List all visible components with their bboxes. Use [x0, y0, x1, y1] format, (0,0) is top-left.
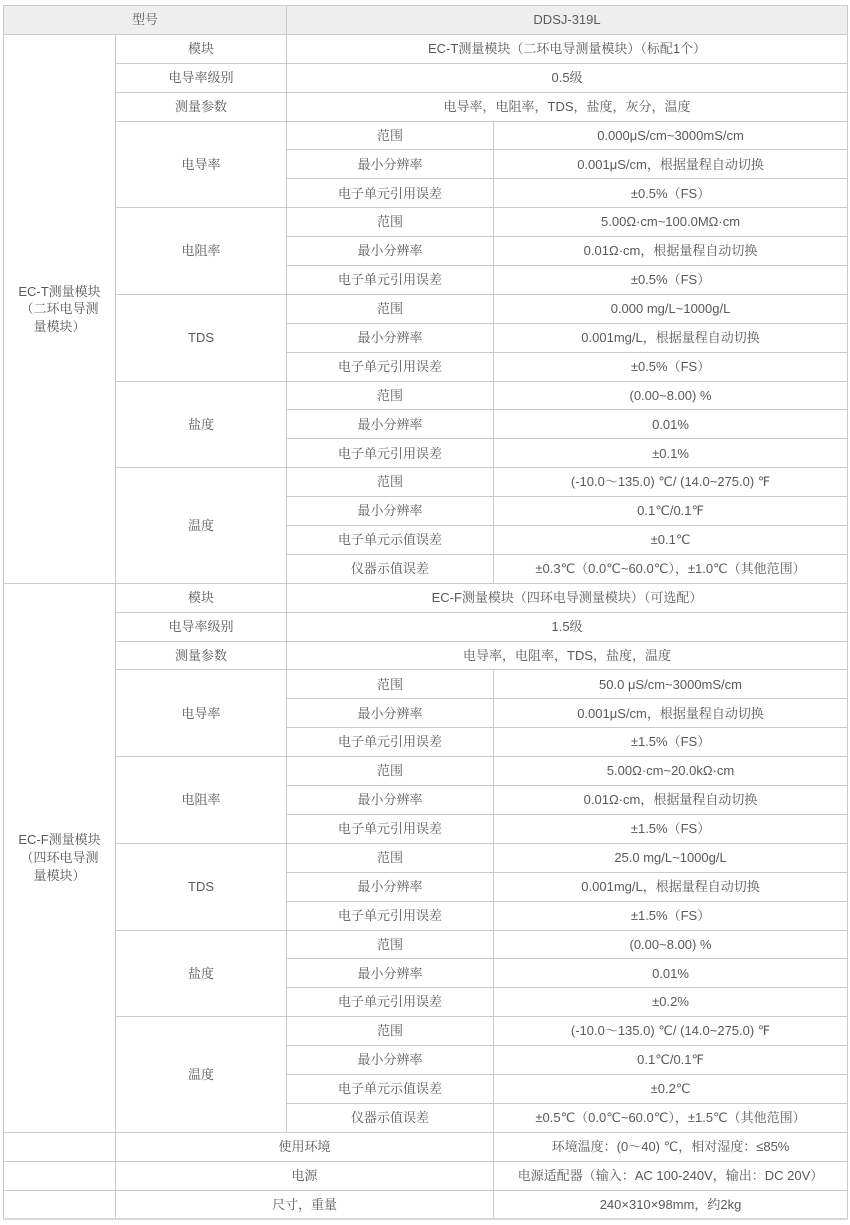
param-group-label: 电阻率 [116, 208, 287, 295]
table-row: 电源 电源适配器（输入：AC 100-240V，输出：DC 20V） [4, 1161, 848, 1190]
spec-sublabel: 电子单元引用误差 [287, 179, 494, 208]
spec-value: ±0.1℃ [494, 526, 848, 555]
param-group-label: 温度 [116, 1017, 287, 1133]
spec-value: ±0.2℃ [494, 1074, 848, 1103]
spec-value: ±0.5%（FS） [494, 179, 848, 208]
table-row: 电阻率 范围 5.00Ω·cm~100.0MΩ·cm [4, 208, 848, 237]
spec-value: 0.001μS/cm，根据量程自动切换 [494, 150, 848, 179]
param-group-label: 温度 [116, 468, 287, 584]
spec-value: 电导率，电阻率，TDS，盐度，温度 [287, 641, 848, 670]
section-ect-side-label: EC-T测量模块 （二环电导测 量模块） [4, 34, 116, 583]
table-row: 电导率级别 1.5级 [4, 612, 848, 641]
spec-value: ±0.1% [494, 439, 848, 468]
spec-label: 模块 [116, 583, 287, 612]
spec-sublabel: 最小分辨率 [287, 699, 494, 728]
spec-value: 1.5级 [287, 612, 848, 641]
spec-value: ±0.5%（FS） [494, 266, 848, 295]
spec-value: ±0.3℃（0.0℃~60.0℃），±1.0℃（其他范围） [494, 554, 848, 583]
spec-value: 240×310×98mm，约2kg [494, 1190, 848, 1219]
spec-value: 0.001mg/L，根据量程自动切换 [494, 872, 848, 901]
spec-value: EC-T测量模块（二环电导测量模块）（标配1个） [287, 34, 848, 63]
spec-value: 0.01% [494, 410, 848, 439]
spec-value: 电导率，电阻率，TDS，盐度，灰分，温度 [287, 92, 848, 121]
spec-sublabel: 最小分辨率 [287, 237, 494, 266]
table-header-row: 型号 DDSJ-319L [4, 6, 848, 35]
param-group-label: TDS [116, 294, 287, 381]
param-group-label: 盐度 [116, 930, 287, 1017]
spec-sublabel: 仪器示值误差 [287, 554, 494, 583]
spec-sublabel: 电子单元示值误差 [287, 526, 494, 555]
spec-label: 尺寸，重量 [116, 1190, 494, 1219]
empty-cell [4, 1190, 116, 1219]
spec-sublabel: 电子单元引用误差 [287, 901, 494, 930]
spec-value: ±1.5%（FS） [494, 814, 848, 843]
spec-value: ±1.5%（FS） [494, 728, 848, 757]
table-row: TDS 范围 25.0 mg/L~1000g/L [4, 843, 848, 872]
spec-value: 0.1℃/0.1℉ [494, 1046, 848, 1075]
spec-label: 测量参数 [116, 641, 287, 670]
table-row: 盐度 范围 (0.00~8.00) % [4, 930, 848, 959]
model-value-cell: DDSJ-319L [287, 6, 848, 35]
spec-sublabel: 最小分辨率 [287, 323, 494, 352]
param-group-label: 电阻率 [116, 757, 287, 844]
spec-sublabel: 范围 [287, 1017, 494, 1046]
spec-value: 0.000μS/cm~3000mS/cm [494, 121, 848, 150]
spec-sublabel: 仪器示值误差 [287, 1103, 494, 1132]
spec-value: ±0.5℃（0.0℃~60.0℃），±1.5℃（其他范围） [494, 1103, 848, 1132]
spec-value: ±1.5%（FS） [494, 901, 848, 930]
table-row: 尺寸，重量 240×310×98mm，约2kg [4, 1190, 848, 1219]
spec-value: (-10.0～135.0) ℃/ (14.0~275.0) ℉ [494, 1017, 848, 1046]
spec-label: 电导率级别 [116, 612, 287, 641]
spec-value: 50.0 μS/cm~3000mS/cm [494, 670, 848, 699]
table-row: 使用环境 环境温度：(0～40) ℃，相对湿度：≤85% [4, 1132, 848, 1161]
table-row: 电导率 范围 50.0 μS/cm~3000mS/cm [4, 670, 848, 699]
spec-sublabel: 范围 [287, 121, 494, 150]
spec-sublabel: 范围 [287, 757, 494, 786]
table-row: 测量参数 电导率，电阻率，TDS，盐度，灰分，温度 [4, 92, 848, 121]
spec-sublabel: 电子单元引用误差 [287, 439, 494, 468]
spec-sublabel: 范围 [287, 670, 494, 699]
spec-sublabel: 最小分辨率 [287, 410, 494, 439]
spec-sublabel: 范围 [287, 381, 494, 410]
spec-value: 0.01% [494, 959, 848, 988]
table-row: 盐度 范围 (0.00~8.00) % [4, 381, 848, 410]
spec-sublabel: 最小分辨率 [287, 1046, 494, 1075]
spec-value: (0.00~8.00) % [494, 930, 848, 959]
spec-value: 环境温度：(0～40) ℃，相对湿度：≤85% [494, 1132, 848, 1161]
spec-value: ±0.5%（FS） [494, 352, 848, 381]
spec-value: (-10.0～135.0) ℃/ (14.0~275.0) ℉ [494, 468, 848, 497]
spec-sublabel: 范围 [287, 294, 494, 323]
spec-value: 0.01Ω·cm，根据量程自动切换 [494, 786, 848, 815]
spec-value: EC-F测量模块（四环电导测量模块）（可选配） [287, 583, 848, 612]
spec-sublabel: 最小分辨率 [287, 786, 494, 815]
table-row: 温度 范围 (-10.0～135.0) ℃/ (14.0~275.0) ℉ [4, 468, 848, 497]
spec-value: 0.000 mg/L~1000g/L [494, 294, 848, 323]
spec-sublabel: 最小分辨率 [287, 497, 494, 526]
spec-table: 型号 DDSJ-319L EC-T测量模块 （二环电导测 量模块） 模块 EC-… [3, 5, 848, 1220]
table-row: 电阻率 范围 5.00Ω·cm~20.0kΩ·cm [4, 757, 848, 786]
table-row: EC-F测量模块 （四环电导测 量模块） 模块 EC-F测量模块（四环电导测量模… [4, 583, 848, 612]
table-row: 电导率 范围 0.000μS/cm~3000mS/cm [4, 121, 848, 150]
spec-sublabel: 最小分辨率 [287, 872, 494, 901]
spec-label: 电导率级别 [116, 63, 287, 92]
spec-value: ±0.2% [494, 988, 848, 1017]
spec-label: 使用环境 [116, 1132, 494, 1161]
param-group-label: 电导率 [116, 121, 287, 208]
spec-value: 0.001μS/cm，根据量程自动切换 [494, 699, 848, 728]
table-row: 温度 范围 (-10.0～135.0) ℃/ (14.0~275.0) ℉ [4, 1017, 848, 1046]
spec-sublabel: 电子单元示值误差 [287, 1074, 494, 1103]
spec-sublabel: 电子单元引用误差 [287, 352, 494, 381]
section-ecf-side-label: EC-F测量模块 （四环电导测 量模块） [4, 583, 116, 1132]
spec-value: 电源适配器（输入：AC 100-240V，输出：DC 20V） [494, 1161, 848, 1190]
spec-sublabel: 范围 [287, 930, 494, 959]
table-row: 电导率级别 0.5级 [4, 63, 848, 92]
spec-value: 0.001mg/L，根据量程自动切换 [494, 323, 848, 352]
spec-value: 0.5级 [287, 63, 848, 92]
table-row: TDS 范围 0.000 mg/L~1000g/L [4, 294, 848, 323]
model-label-cell: 型号 [4, 6, 287, 35]
spec-value: 0.01Ω·cm，根据量程自动切换 [494, 237, 848, 266]
spec-sublabel: 最小分辨率 [287, 150, 494, 179]
spec-label: 测量参数 [116, 92, 287, 121]
spec-page: 型号 DDSJ-319L EC-T测量模块 （二环电导测 量模块） 模块 EC-… [0, 0, 850, 1225]
spec-sublabel: 范围 [287, 468, 494, 497]
param-group-label: 电导率 [116, 670, 287, 757]
spec-sublabel: 电子单元引用误差 [287, 988, 494, 1017]
spec-value: (0.00~8.00) % [494, 381, 848, 410]
spec-label: 模块 [116, 34, 287, 63]
spec-sublabel: 范围 [287, 208, 494, 237]
param-group-label: TDS [116, 843, 287, 930]
spec-label: 电源 [116, 1161, 494, 1190]
table-row: EC-T测量模块 （二环电导测 量模块） 模块 EC-T测量模块（二环电导测量模… [4, 34, 848, 63]
empty-cell [4, 1132, 116, 1161]
spec-value: 0.1℃/0.1℉ [494, 497, 848, 526]
spec-value: 5.00Ω·cm~100.0MΩ·cm [494, 208, 848, 237]
spec-sublabel: 电子单元引用误差 [287, 266, 494, 295]
spec-value: 25.0 mg/L~1000g/L [494, 843, 848, 872]
param-group-label: 盐度 [116, 381, 287, 468]
spec-sublabel: 范围 [287, 843, 494, 872]
spec-sublabel: 电子单元引用误差 [287, 814, 494, 843]
spec-sublabel: 电子单元引用误差 [287, 728, 494, 757]
table-row: 测量参数 电导率，电阻率，TDS，盐度，温度 [4, 641, 848, 670]
empty-cell [4, 1161, 116, 1190]
spec-value: 5.00Ω·cm~20.0kΩ·cm [494, 757, 848, 786]
spec-sublabel: 最小分辨率 [287, 959, 494, 988]
